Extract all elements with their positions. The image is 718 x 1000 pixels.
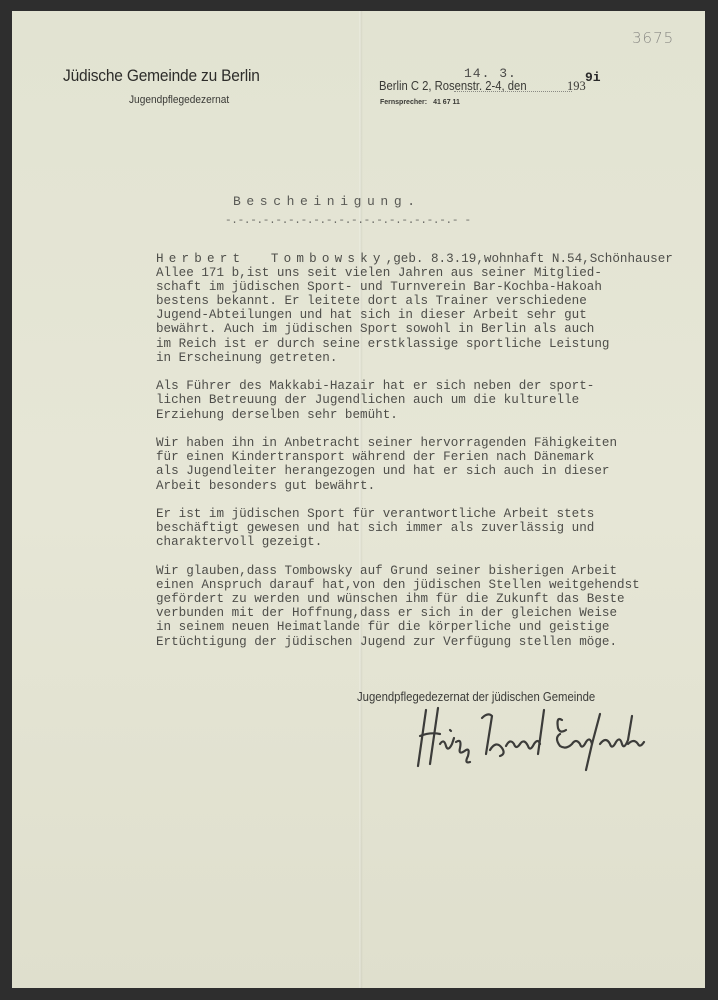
handwritten-signature [416, 704, 646, 774]
person-name: Herbert Tombowsky [156, 252, 386, 266]
date-dotted-line [454, 91, 572, 92]
text-line: in seinem neuen Heimatlande für die körp… [156, 620, 609, 634]
paragraph-4: Er ist im jüdischen Sport für verantwort… [156, 507, 716, 549]
archive-number: 3675 [632, 29, 674, 47]
phone-number: 41 67 11 [433, 99, 460, 106]
text-line: im Reich ist er durch seine erstklassige… [156, 337, 609, 351]
text-line: bewährt. Auch im jüdischen Sport sowohl … [156, 322, 594, 336]
text-line: Wir glauben,dass Tombowsky auf Grund sei… [156, 564, 617, 578]
text-line: schaft im jüdischen Sport- und Turnverei… [156, 280, 602, 294]
document-body: Herbert Tombowsky,geb. 8.3.19,wohnhaft N… [156, 252, 716, 663]
text-line: Wir haben ihn in Anbetracht seiner hervo… [156, 436, 617, 450]
text-line: Jugend-Abteilungen und hat sich in diese… [156, 308, 587, 322]
text-line: ,geb. 8.3.19,wohnhaft N.54,Schönhauser [386, 252, 673, 266]
document-title: Bescheinigung. [233, 194, 421, 209]
title-underline: -.-.-.-.-.-.-.-.-.-.-.-.-.-.-.-.-.-.- - [225, 215, 471, 227]
text-line: verbunden mit der Hoffnung,dass er sich … [156, 606, 617, 620]
text-line: Allee 171 b,ist uns seit vielen Jahren a… [156, 266, 602, 280]
typed-date: 14. 3. [464, 66, 517, 81]
letterhead-department: Jugendpflegedezernat [129, 94, 229, 106]
text-line: als Jugendleiter herangezogen und hat er… [156, 464, 609, 478]
phone-label: Fernsprecher: [380, 99, 427, 106]
text-line: Er ist im jüdischen Sport für verantwort… [156, 507, 594, 521]
paragraph-2: Als Führer des Makkabi-Hazair hat er sic… [156, 379, 716, 421]
document-page: 3675 Jüdische Gemeinde zu Berlin Jugendp… [12, 11, 705, 988]
text-line: gefördert zu werden und wünschen ihm für… [156, 592, 625, 606]
text-line: Arbeit besonders gut bewährt. [156, 479, 375, 493]
signature-stamp: Jugendpflegedezernat der jüdischen Gemei… [357, 690, 595, 704]
text-line: Als Führer des Makkabi-Hazair hat er sic… [156, 379, 594, 393]
text-line: bestens bekannt. Er leitete dort als Tra… [156, 294, 587, 308]
paragraph-3: Wir haben ihn in Anbetracht seiner hervo… [156, 436, 716, 492]
text-line: beschäftigt gewesen und hat sich immer a… [156, 521, 594, 535]
letterhead-organization: Jüdische Gemeinde zu Berlin [63, 67, 260, 86]
year-prefix: 193 [567, 79, 586, 94]
year-suffix: 9i [585, 70, 601, 85]
text-line: für einen Kindertransport während der Fe… [156, 450, 594, 464]
text-line: Ertüchtigung der jüdischen Jugend zur Ve… [156, 635, 617, 649]
text-line: Erziehung derselben sehr bemüht. [156, 408, 398, 422]
letterhead-phone: Fernsprecher:41 67 11 [380, 99, 460, 106]
text-line: lichen Betreuung der Jugendlichen auch u… [156, 393, 579, 407]
text-line: charaktervoll gezeigt. [156, 535, 322, 549]
paragraph-5: Wir glauben,dass Tombowsky auf Grund sei… [156, 564, 716, 649]
text-line: in Erscheinung getreten. [156, 351, 337, 365]
paragraph-1: Herbert Tombowsky,geb. 8.3.19,wohnhaft N… [156, 252, 716, 365]
text-line: einen Anspruch darauf hat,von den jüdisc… [156, 578, 640, 592]
